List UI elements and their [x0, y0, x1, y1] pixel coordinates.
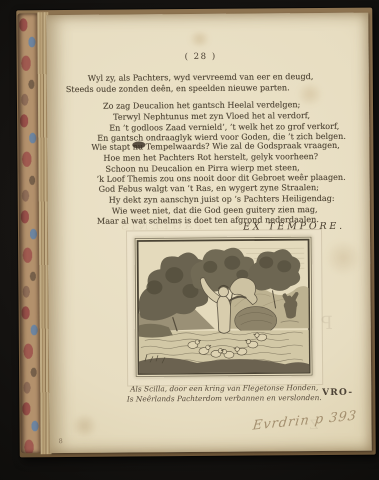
- page-number: ( 28 ): [47, 51, 355, 63]
- engraving-illustration: [134, 236, 313, 377]
- handwritten-pencil-note: Evrdrin p 393: [252, 403, 379, 433]
- book-block: PAGTENIS P Z ( 28 ) Wyl zy, als Pachters…: [16, 8, 375, 458]
- ink-blot: [132, 141, 145, 148]
- paper-stain: [69, 415, 99, 437]
- corner-signature-mark: 8: [59, 437, 63, 445]
- photograph-background: PAGTENIS P Z ( 28 ) Wyl zy, als Pachters…: [0, 0, 379, 480]
- catchword: VRO-: [299, 388, 353, 398]
- poem-stanza-1: Wyl zy, als Pachters, wyd vervreemd van …: [65, 71, 363, 95]
- poem-line: Steeds oude zonden deên, en speelden nie…: [65, 81, 363, 94]
- poem-stanza-3: Wie stapt nu Tempelwaards? Wie zal de Go…: [65, 140, 363, 186]
- paper-stain: [326, 238, 360, 278]
- paper-stain: [186, 32, 212, 46]
- book-page: PAGTENIS P Z ( 28 ) Wyl zy, als Pachters…: [46, 13, 371, 454]
- poem-stanza-2: Zo zag Deucalion het gantsch Heelal verd…: [65, 99, 363, 145]
